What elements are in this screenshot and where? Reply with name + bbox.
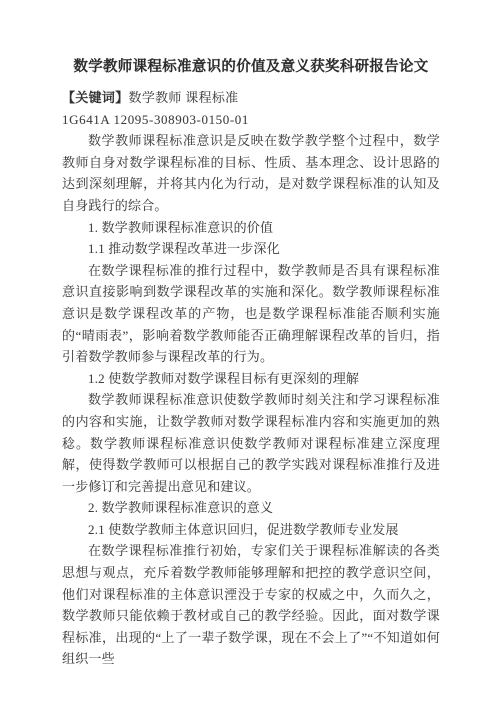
classification-code: 1G641A 12095-308903-0150-01 <box>62 109 440 131</box>
section-heading: 1.2 使数学教师对数学课程目标有更深刻的理解 <box>62 368 440 390</box>
paragraph: 数学教师课程标准意识使数学教师时刻关注和学习课程标准的内容和实施，让数学教师对数… <box>62 389 440 497</box>
keywords-value: 数学教师 课程标准 <box>129 90 239 105</box>
paragraph: 在数学课程标准的推行过程中，数学教师是否具有课程标准意识直接影响到数学课程改革的… <box>62 260 440 368</box>
document-content: 数学教师课程标准意识的价值及意义获奖科研报告论文 【关键词】数学教师 课程标准 … <box>62 56 440 670</box>
keywords-label: 【关键词】 <box>62 90 129 105</box>
section-heading: 1.1 推动数学课程改革进一步深化 <box>62 238 440 260</box>
section-heading: 2.1 使数学教师主体意识回归，促进数学教师专业发展 <box>62 519 440 541</box>
section-heading: 2. 数学教师课程标准意识的意义 <box>62 497 440 519</box>
document-title: 数学教师课程标准意识的价值及意义获奖科研报告论文 <box>62 56 440 79</box>
keywords-line: 【关键词】数学教师 课程标准 <box>62 87 440 109</box>
document-body: 数学教师课程标准意识是反映在数学教学整个过程中，数学教师自身对数学课程标准的目标… <box>62 130 440 670</box>
document-page: 数学教师课程标准意识的价值及意义获奖科研报告论文 【关键词】数学教师 课程标准 … <box>0 0 500 707</box>
paragraph: 数学教师课程标准意识是反映在数学教学整个过程中，数学教师自身对数学课程标准的目标… <box>62 130 440 216</box>
section-heading: 1. 数学教师课程标准意识的价值 <box>62 217 440 239</box>
paragraph: 在数学课程标准推行初始，专家们关于课程标准解读的各类思想与观点，充斥着数学教师能… <box>62 540 440 670</box>
